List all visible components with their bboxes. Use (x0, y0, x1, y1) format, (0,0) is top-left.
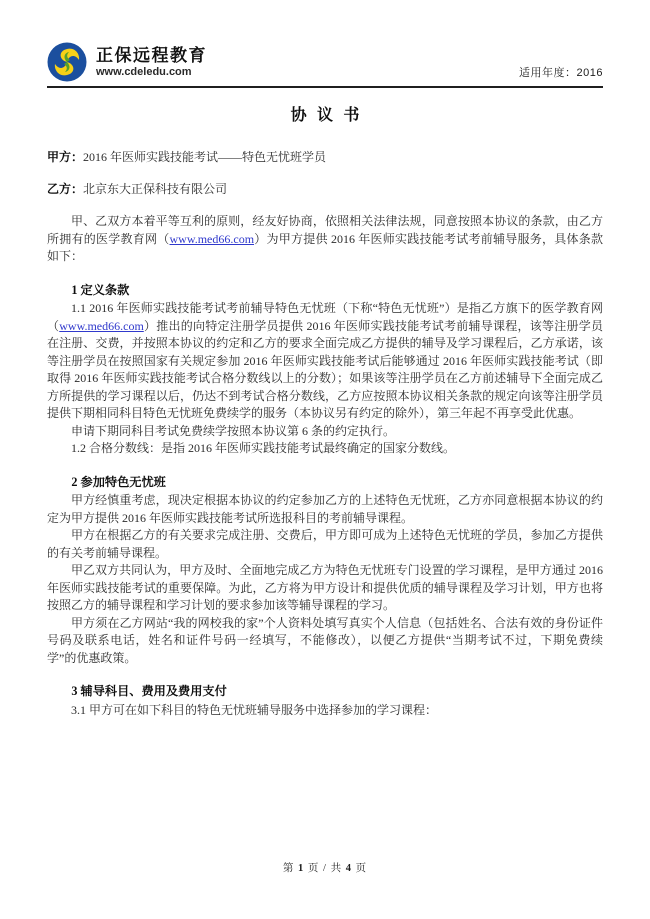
intro-paragraph: 甲、乙双方本着平等互利的原则，经友好协商，依照相关法律法规，同意按照本协议的条款… (47, 213, 603, 266)
party-b-value: 北京东大正保科技有限公司 (83, 182, 227, 196)
section-2-heading: 2 参加特色无忧班 (47, 474, 603, 492)
party-b-line: 乙方：北京东大正保科技有限公司 (47, 181, 603, 198)
applicable-year-label: 适用年度：2016 (519, 64, 603, 82)
total-page-number: 4 (346, 863, 352, 874)
clause-1-2-paragraph: 1.2 合格分数线：是指 2016 年医师实践技能考试最终确定的国家分数线。 (47, 440, 603, 458)
page-number-prefix: 第 (283, 863, 295, 874)
brand-logo: 正保远程教育 www.cdeledu.com (47, 42, 207, 82)
med66-link[interactable]: www.med66.com (59, 319, 144, 333)
clause-paragraph: 申请下期同科目考试免费续学按照本协议第 6 条的约定执行。 (47, 423, 603, 441)
brand-website: www.cdeledu.com (96, 66, 207, 79)
party-a-value: 2016 年医师实践技能考试——特色无忧班学员 (83, 150, 326, 164)
party-b-label: 乙方： (47, 182, 83, 196)
document-title: 协 议 书 (47, 102, 603, 125)
swirl-globe-icon (47, 42, 87, 82)
clause-paragraph: 甲方须在乙方网站“我的网校我的家”个人资料处填写真实个人信息（包括姓名、合法有效… (47, 615, 603, 668)
clause-paragraph: 甲乙双方共同认为，甲方及时、全面地完成乙方为特色无忧班专门设置的学习课程，是甲方… (47, 562, 603, 615)
med66-link[interactable]: www.med66.com (169, 232, 254, 246)
page-number: 第 1 页 / 共 4 页 (0, 860, 650, 875)
page-number-middle: 页 / 共 (308, 863, 342, 874)
clause-1-1-after: ）推出的向特定注册学员提供 2016 年医师实践技能考试考前辅导课程，该等注册学… (47, 319, 603, 421)
clause-3-1-paragraph: 3.1 甲方可在如下科目的特色无忧班辅导服务中选择参加的学习课程： (47, 702, 603, 720)
section-1-heading: 1 定义条款 (47, 282, 603, 300)
document-page: 正保远程教育 www.cdeledu.com 适用年度：2016 协 议 书 甲… (0, 0, 650, 919)
clause-paragraph: 甲方经慎重考虑，现决定根据本协议的约定参加乙方的上述特色无忧班，乙方亦同意根据本… (47, 492, 603, 527)
section-3-heading: 3 辅导科目、费用及费用支付 (47, 683, 603, 701)
brand-name: 正保远程教育 (96, 46, 207, 66)
clause-paragraph: 甲方在根据乙方的有关要求完成注册、交费后，甲方即可成为上述特色无忧班的学员，参加… (47, 527, 603, 562)
page-number-suffix: 页 (356, 863, 368, 874)
current-page-number: 1 (298, 863, 304, 874)
brand-text-block: 正保远程教育 www.cdeledu.com (96, 46, 207, 79)
party-a-label: 甲方： (47, 150, 83, 164)
clause-1-1-paragraph: 1.1 2016 年医师实践技能考试考前辅导特色无忧班（下称“特色无忧班”）是指… (47, 300, 603, 423)
party-a-line: 甲方：2016 年医师实践技能考试——特色无忧班学员 (47, 149, 603, 166)
page-header: 正保远程教育 www.cdeledu.com 适用年度：2016 (47, 42, 603, 88)
